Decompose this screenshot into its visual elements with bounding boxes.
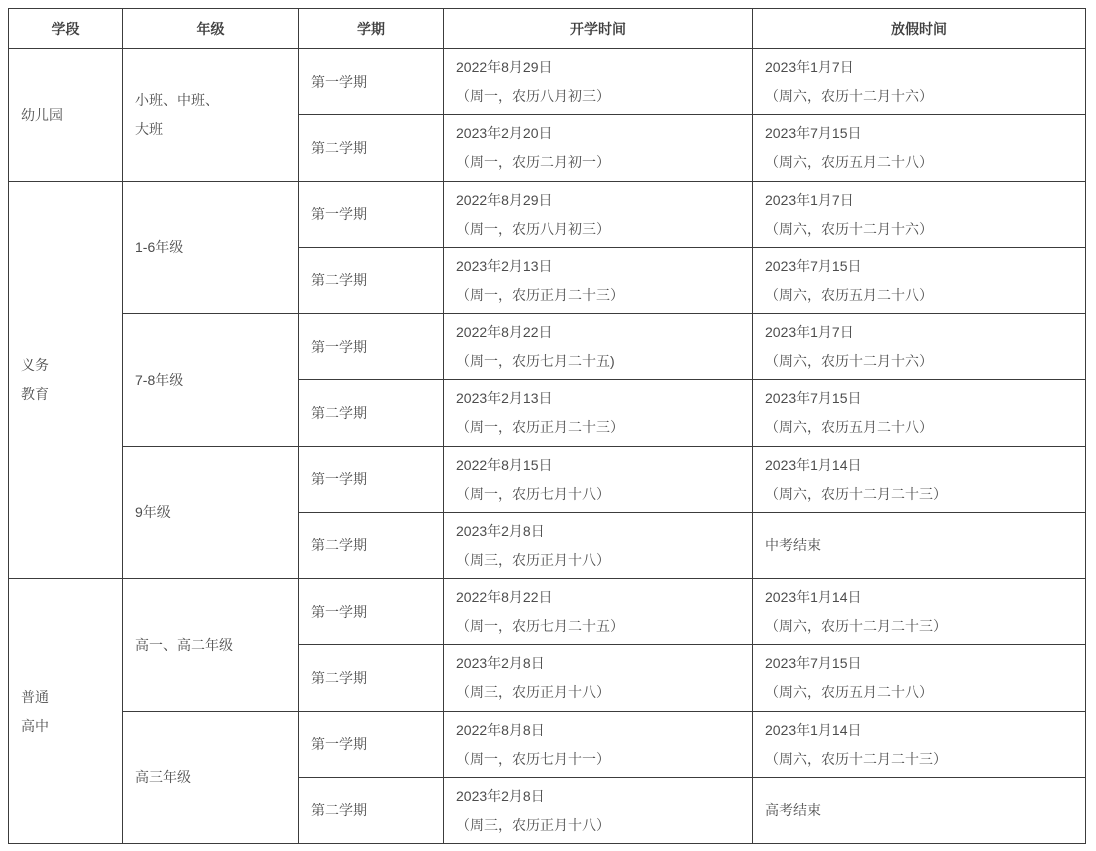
semester-cell: 第一学期 — [299, 314, 444, 380]
header-row: 学段 年级 学期 开学时间 放假时间 — [9, 9, 1086, 49]
holiday-lunar-note: （周六，农历五月二十八） — [765, 682, 1077, 702]
stage-cell-highschool: 普通 高中 — [9, 579, 123, 844]
grade-cell: 1-6年级 — [123, 181, 299, 314]
header-holiday-time: 放假时间 — [753, 9, 1086, 49]
semester-label: 第一学期 — [311, 469, 435, 489]
holiday-time-cell: 高考结束 — [753, 777, 1086, 843]
holiday-time-cell: 2023年1月7日 （周六，农历十二月十六） — [753, 181, 1086, 247]
start-lunar-note: （周一，农历七月十一） — [456, 749, 744, 769]
holiday-date: 2023年1月7日 — [765, 190, 1077, 210]
grade-label: 1-6年级 — [135, 237, 290, 257]
semester-cell: 第二学期 — [299, 115, 444, 181]
holiday-time-cell: 2023年1月7日 （周六，农历十二月十六） — [753, 49, 1086, 115]
holiday-lunar-note: （周六，农历十二月二十三） — [765, 616, 1077, 636]
table-row: 幼儿园 小班、中班、 大班 第一学期 2022年8月29日 （周一，农历八月初三… — [9, 49, 1086, 115]
semester-label: 第二学期 — [311, 800, 435, 820]
holiday-time-cell: 2023年7月15日 （周六，农历五月二十八） — [753, 115, 1086, 181]
semester-label: 第一学期 — [311, 337, 435, 357]
semester-label: 第一学期 — [311, 204, 435, 224]
holiday-time-cell: 2023年1月14日 （周六，农历十二月二十三） — [753, 579, 1086, 645]
holiday-time-cell: 2023年1月14日 （周六，农历十二月二十三） — [753, 446, 1086, 512]
school-calendar-table: 学段 年级 学期 开学时间 放假时间 幼儿园 小班、中班、 大班 第一学期 — [8, 8, 1086, 844]
grade-cell: 9年级 — [123, 446, 299, 579]
table-row: 普通 高中 高一、高二年级 第一学期 2022年8月22日 （周一，农历七月二十… — [9, 579, 1086, 645]
start-lunar-note: （周一，农历二月初一） — [456, 152, 744, 172]
semester-label: 第一学期 — [311, 602, 435, 622]
start-date: 2023年2月8日 — [456, 653, 744, 673]
start-date: 2023年2月13日 — [456, 256, 744, 276]
grade-cell: 7-8年级 — [123, 314, 299, 447]
stage-cell-kindergarten: 幼儿园 — [9, 49, 123, 182]
holiday-lunar-note: （周六，农历十二月十六） — [765, 351, 1077, 371]
holiday-date: 2023年7月15日 — [765, 653, 1077, 673]
start-lunar-note: （周一，农历七月十八） — [456, 484, 744, 504]
start-lunar-note: （周三，农历正月十八） — [456, 550, 744, 570]
holiday-date: 2023年7月15日 — [765, 388, 1077, 408]
holiday-lunar-note: （周六，农历五月二十八） — [765, 417, 1077, 437]
header-stage: 学段 — [9, 9, 123, 49]
table-row: 义务 教育 1-6年级 第一学期 2022年8月29日 （周一，农历八月初三） … — [9, 181, 1086, 247]
start-date: 2023年2月8日 — [456, 521, 744, 541]
table-row: 7-8年级 第一学期 2022年8月22日 （周一，农历七月二十五) 2023年… — [9, 314, 1086, 380]
start-date: 2022年8月29日 — [456, 57, 744, 77]
start-lunar-note: （周一，农历正月二十三） — [456, 417, 744, 437]
semester-cell: 第一学期 — [299, 579, 444, 645]
holiday-date: 高考结束 — [765, 800, 1077, 820]
holiday-date: 2023年1月7日 — [765, 322, 1077, 342]
holiday-time-cell: 2023年7月15日 （周六，农历五月二十八） — [753, 247, 1086, 313]
semester-cell: 第二学期 — [299, 380, 444, 446]
holiday-time-cell: 2023年7月15日 （周六，农历五月二十八） — [753, 380, 1086, 446]
stage-label: 教育 — [21, 384, 114, 404]
stage-label: 普通 — [21, 687, 114, 707]
start-time-cell: 2022年8月22日 （周一，农历七月二十五) — [444, 314, 753, 380]
semester-cell: 第二学期 — [299, 645, 444, 711]
holiday-lunar-note: （周六，农历十二月二十三） — [765, 749, 1077, 769]
grade-cell: 高一、高二年级 — [123, 579, 299, 712]
grade-label: 高一、高二年级 — [135, 635, 290, 655]
start-time-cell: 2023年2月13日 （周一，农历正月二十三） — [444, 247, 753, 313]
grade-label: 小班、中班、 — [135, 90, 290, 110]
semester-label: 第一学期 — [311, 734, 435, 754]
grade-cell: 高三年级 — [123, 711, 299, 844]
header-semester: 学期 — [299, 9, 444, 49]
semester-label: 第一学期 — [311, 72, 435, 92]
start-date: 2023年2月13日 — [456, 388, 744, 408]
semester-label: 第二学期 — [311, 138, 435, 158]
semester-cell: 第一学期 — [299, 49, 444, 115]
stage-label: 高中 — [21, 716, 114, 736]
table-row: 高三年级 第一学期 2022年8月8日 （周一，农历七月十一） 2023年1月1… — [9, 711, 1086, 777]
semester-cell: 第一学期 — [299, 181, 444, 247]
start-time-cell: 2022年8月22日 （周一，农历七月二十五） — [444, 579, 753, 645]
semester-cell: 第一学期 — [299, 711, 444, 777]
semester-cell: 第二学期 — [299, 512, 444, 578]
start-time-cell: 2022年8月15日 （周一，农历七月十八） — [444, 446, 753, 512]
start-date: 2022年8月15日 — [456, 455, 744, 475]
start-date: 2022年8月22日 — [456, 322, 744, 342]
stage-label: 义务 — [21, 355, 114, 375]
start-time-cell: 2023年2月8日 （周三，农历正月十八） — [444, 645, 753, 711]
start-time-cell: 2023年2月8日 （周三，农历正月十八） — [444, 512, 753, 578]
semester-cell: 第一学期 — [299, 446, 444, 512]
start-lunar-note: （周一，农历八月初三） — [456, 219, 744, 239]
header-grade: 年级 — [123, 9, 299, 49]
start-time-cell: 2023年2月8日 （周三，农历正月十八） — [444, 777, 753, 843]
holiday-date: 中考结束 — [765, 535, 1077, 555]
holiday-time-cell: 2023年1月7日 （周六，农历十二月十六） — [753, 314, 1086, 380]
grade-label: 大班 — [135, 119, 290, 139]
holiday-time-cell: 2023年7月15日 （周六，农历五月二十八） — [753, 645, 1086, 711]
start-lunar-note: （周一，农历八月初三） — [456, 86, 744, 106]
start-time-cell: 2023年2月13日 （周一，农历正月二十三） — [444, 380, 753, 446]
stage-label: 幼儿园 — [21, 105, 114, 125]
grade-cell: 小班、中班、 大班 — [123, 49, 299, 182]
semester-cell: 第二学期 — [299, 777, 444, 843]
grade-label: 7-8年级 — [135, 370, 290, 390]
holiday-lunar-note: （周六，农历五月二十八） — [765, 152, 1077, 172]
semester-label: 第二学期 — [311, 270, 435, 290]
start-time-cell: 2022年8月29日 （周一，农历八月初三） — [444, 49, 753, 115]
start-date: 2022年8月8日 — [456, 720, 744, 740]
grade-label: 9年级 — [135, 502, 290, 522]
holiday-date: 2023年1月7日 — [765, 57, 1077, 77]
header-start-time: 开学时间 — [444, 9, 753, 49]
holiday-date: 2023年7月15日 — [765, 256, 1077, 276]
table-row: 9年级 第一学期 2022年8月15日 （周一，农历七月十八） 2023年1月1… — [9, 446, 1086, 512]
start-lunar-note: （周三，农历正月十八） — [456, 815, 744, 835]
holiday-lunar-note: （周六，农历十二月十六） — [765, 219, 1077, 239]
holiday-date: 2023年1月14日 — [765, 587, 1077, 607]
page: 学段 年级 学期 开学时间 放假时间 幼儿园 小班、中班、 大班 第一学期 — [0, 0, 1096, 851]
semester-cell: 第二学期 — [299, 247, 444, 313]
start-date: 2022年8月29日 — [456, 190, 744, 210]
semester-label: 第二学期 — [311, 535, 435, 555]
start-lunar-note: （周一，农历七月二十五) — [456, 351, 744, 371]
holiday-lunar-note: （周六，农历十二月二十三） — [765, 484, 1077, 504]
holiday-date: 2023年1月14日 — [765, 720, 1077, 740]
start-time-cell: 2023年2月20日 （周一，农历二月初一） — [444, 115, 753, 181]
stage-cell-compulsory: 义务 教育 — [9, 181, 123, 579]
holiday-date: 2023年7月15日 — [765, 123, 1077, 143]
semester-label: 第二学期 — [311, 403, 435, 423]
start-time-cell: 2022年8月29日 （周一，农历八月初三） — [444, 181, 753, 247]
start-lunar-note: （周三，农历正月十八） — [456, 682, 744, 702]
start-date: 2023年2月20日 — [456, 123, 744, 143]
holiday-date: 2023年1月14日 — [765, 455, 1077, 475]
start-lunar-note: （周一，农历正月二十三） — [456, 285, 744, 305]
start-lunar-note: （周一，农历七月二十五） — [456, 616, 744, 636]
holiday-time-cell: 2023年1月14日 （周六，农历十二月二十三） — [753, 711, 1086, 777]
holiday-lunar-note: （周六，农历五月二十八） — [765, 285, 1077, 305]
holiday-time-cell: 中考结束 — [753, 512, 1086, 578]
grade-label: 高三年级 — [135, 767, 290, 787]
semester-label: 第二学期 — [311, 668, 435, 688]
start-date: 2023年2月8日 — [456, 786, 744, 806]
start-date: 2022年8月22日 — [456, 587, 744, 607]
holiday-lunar-note: （周六，农历十二月十六） — [765, 86, 1077, 106]
start-time-cell: 2022年8月8日 （周一，农历七月十一） — [444, 711, 753, 777]
